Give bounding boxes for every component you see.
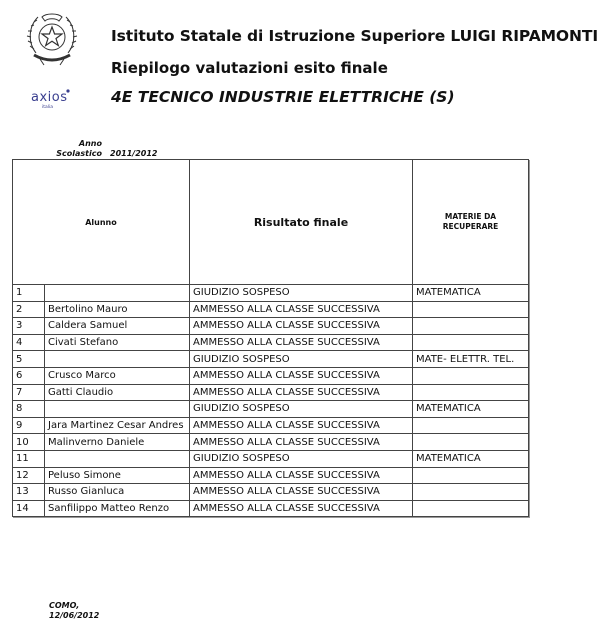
final-result: AMMESSO ALLA CLASSE SUCCESSIVA (190, 434, 413, 451)
table-row: 12Peluso SimoneAMMESSO ALLA CLASSE SUCCE… (13, 467, 529, 484)
final-result: AMMESSO ALLA CLASSE SUCCESSIVA (190, 384, 413, 401)
final-result: AMMESSO ALLA CLASSE SUCCESSIVA (190, 367, 413, 384)
subjects-to-recover (413, 500, 529, 517)
row-number: 4 (13, 334, 45, 351)
subjects-to-recover (413, 384, 529, 401)
subjects-to-recover: MATEMATICA (413, 450, 529, 467)
table-row: 1GIUDIZIO SOSPESOMATEMATICA (13, 285, 529, 302)
final-result: GIUDIZIO SOSPESO (190, 351, 413, 368)
subjects-to-recover (413, 434, 529, 451)
subjects-to-recover (413, 334, 529, 351)
table-row: 11GIUDIZIO SOSPESOMATEMATICA (13, 450, 529, 467)
row-number: 10 (13, 434, 45, 451)
row-number: 6 (13, 367, 45, 384)
student-name (45, 285, 190, 302)
results-table: Alunno Risultato finale MATERIE DA RECUP… (12, 159, 529, 517)
final-result: GIUDIZIO SOSPESO (190, 450, 413, 467)
subjects-to-recover (413, 367, 529, 384)
final-result: AMMESSO ALLA CLASSE SUCCESSIVA (190, 334, 413, 351)
student-name: Crusco Marco (45, 367, 190, 384)
row-number: 5 (13, 351, 45, 368)
column-header-student: Alunno (13, 160, 190, 285)
italian-republic-emblem-icon (26, 9, 78, 69)
row-number: 3 (13, 318, 45, 335)
subjects-to-recover (413, 318, 529, 335)
column-header-subjects-line1: MATERIE DA (413, 212, 528, 222)
table-row: 13Russo GianlucaAMMESSO ALLA CLASSE SUCC… (13, 484, 529, 501)
student-name: Gatti Claudio (45, 384, 190, 401)
table-header-row: Alunno Risultato finale MATERIE DA RECUP… (13, 160, 529, 285)
footer-place-date: COMO, 12/06/2012 (49, 601, 99, 621)
axios-logo-icon: axios italia (30, 88, 86, 110)
school-year-label-line2: Scolastico (56, 149, 102, 159)
student-name: Russo Gianluca (45, 484, 190, 501)
table-row: 7Gatti ClaudioAMMESSO ALLA CLASSE SUCCES… (13, 384, 529, 401)
school-year-label-line1: Anno (56, 139, 102, 149)
row-number: 11 (13, 450, 45, 467)
student-name: Caldera Samuel (45, 318, 190, 335)
school-year-value: 2011/2012 (110, 149, 157, 159)
table-row: 8GIUDIZIO SOSPESOMATEMATICA (13, 401, 529, 418)
student-name: Jara Martinez Cesar Andres (45, 417, 190, 434)
report-title: Riepilogo valutazioni esito finale (111, 59, 388, 77)
svg-text:axios: axios (31, 90, 68, 105)
column-header-subjects: MATERIE DA RECUPERARE (413, 160, 529, 285)
table-row: 14Sanfilippo Matteo RenzoAMMESSO ALLA CL… (13, 500, 529, 517)
table-row: 10Malinverno DanieleAMMESSO ALLA CLASSE … (13, 434, 529, 451)
row-number: 7 (13, 384, 45, 401)
final-result: AMMESSO ALLA CLASSE SUCCESSIVA (190, 467, 413, 484)
subjects-to-recover: MATEMATICA (413, 285, 529, 302)
footer-date: 12/06/2012 (49, 611, 99, 621)
row-number: 12 (13, 467, 45, 484)
student-name (45, 351, 190, 368)
student-name: Bertolino Mauro (45, 301, 190, 318)
subjects-to-recover: MATE- ELETTR. TEL. (413, 351, 529, 368)
final-result: AMMESSO ALLA CLASSE SUCCESSIVA (190, 417, 413, 434)
institute-name: Istituto Statale di Istruzione Superiore… (111, 27, 598, 45)
subjects-to-recover (413, 301, 529, 318)
table-row: 6Crusco MarcoAMMESSO ALLA CLASSE SUCCESS… (13, 367, 529, 384)
final-result: AMMESSO ALLA CLASSE SUCCESSIVA (190, 301, 413, 318)
subjects-to-recover: MATEMATICA (413, 401, 529, 418)
row-number: 1 (13, 285, 45, 302)
footer-place: COMO, (49, 601, 99, 611)
row-number: 8 (13, 401, 45, 418)
final-result: AMMESSO ALLA CLASSE SUCCESSIVA (190, 500, 413, 517)
table-row: 5GIUDIZIO SOSPESOMATE- ELETTR. TEL. (13, 351, 529, 368)
final-result: AMMESSO ALLA CLASSE SUCCESSIVA (190, 318, 413, 335)
class-name: 4E TECNICO INDUSTRIE ELETTRICHE (S) (111, 88, 455, 106)
row-number: 9 (13, 417, 45, 434)
column-header-result: Risultato finale (190, 160, 413, 285)
subjects-to-recover (413, 467, 529, 484)
table-row: 2Bertolino MauroAMMESSO ALLA CLASSE SUCC… (13, 301, 529, 318)
student-name (45, 401, 190, 418)
school-year-label: Anno Scolastico (56, 139, 102, 159)
student-name: Sanfilippo Matteo Renzo (45, 500, 190, 517)
row-number: 14 (13, 500, 45, 517)
student-name: Peluso Simone (45, 467, 190, 484)
subjects-to-recover (413, 417, 529, 434)
subjects-to-recover (413, 484, 529, 501)
final-result: GIUDIZIO SOSPESO (190, 285, 413, 302)
table-row: 9Jara Martinez Cesar AndresAMMESSO ALLA … (13, 417, 529, 434)
svg-text:italia: italia (42, 104, 53, 110)
column-header-subjects-line2: RECUPERARE (413, 222, 528, 232)
student-name: Malinverno Daniele (45, 434, 190, 451)
student-name: Civati Stefano (45, 334, 190, 351)
final-result: GIUDIZIO SOSPESO (190, 401, 413, 418)
table-row: 4Civati StefanoAMMESSO ALLA CLASSE SUCCE… (13, 334, 529, 351)
row-number: 2 (13, 301, 45, 318)
final-result: AMMESSO ALLA CLASSE SUCCESSIVA (190, 484, 413, 501)
table-row: 3Caldera SamuelAMMESSO ALLA CLASSE SUCCE… (13, 318, 529, 335)
student-name (45, 450, 190, 467)
row-number: 13 (13, 484, 45, 501)
